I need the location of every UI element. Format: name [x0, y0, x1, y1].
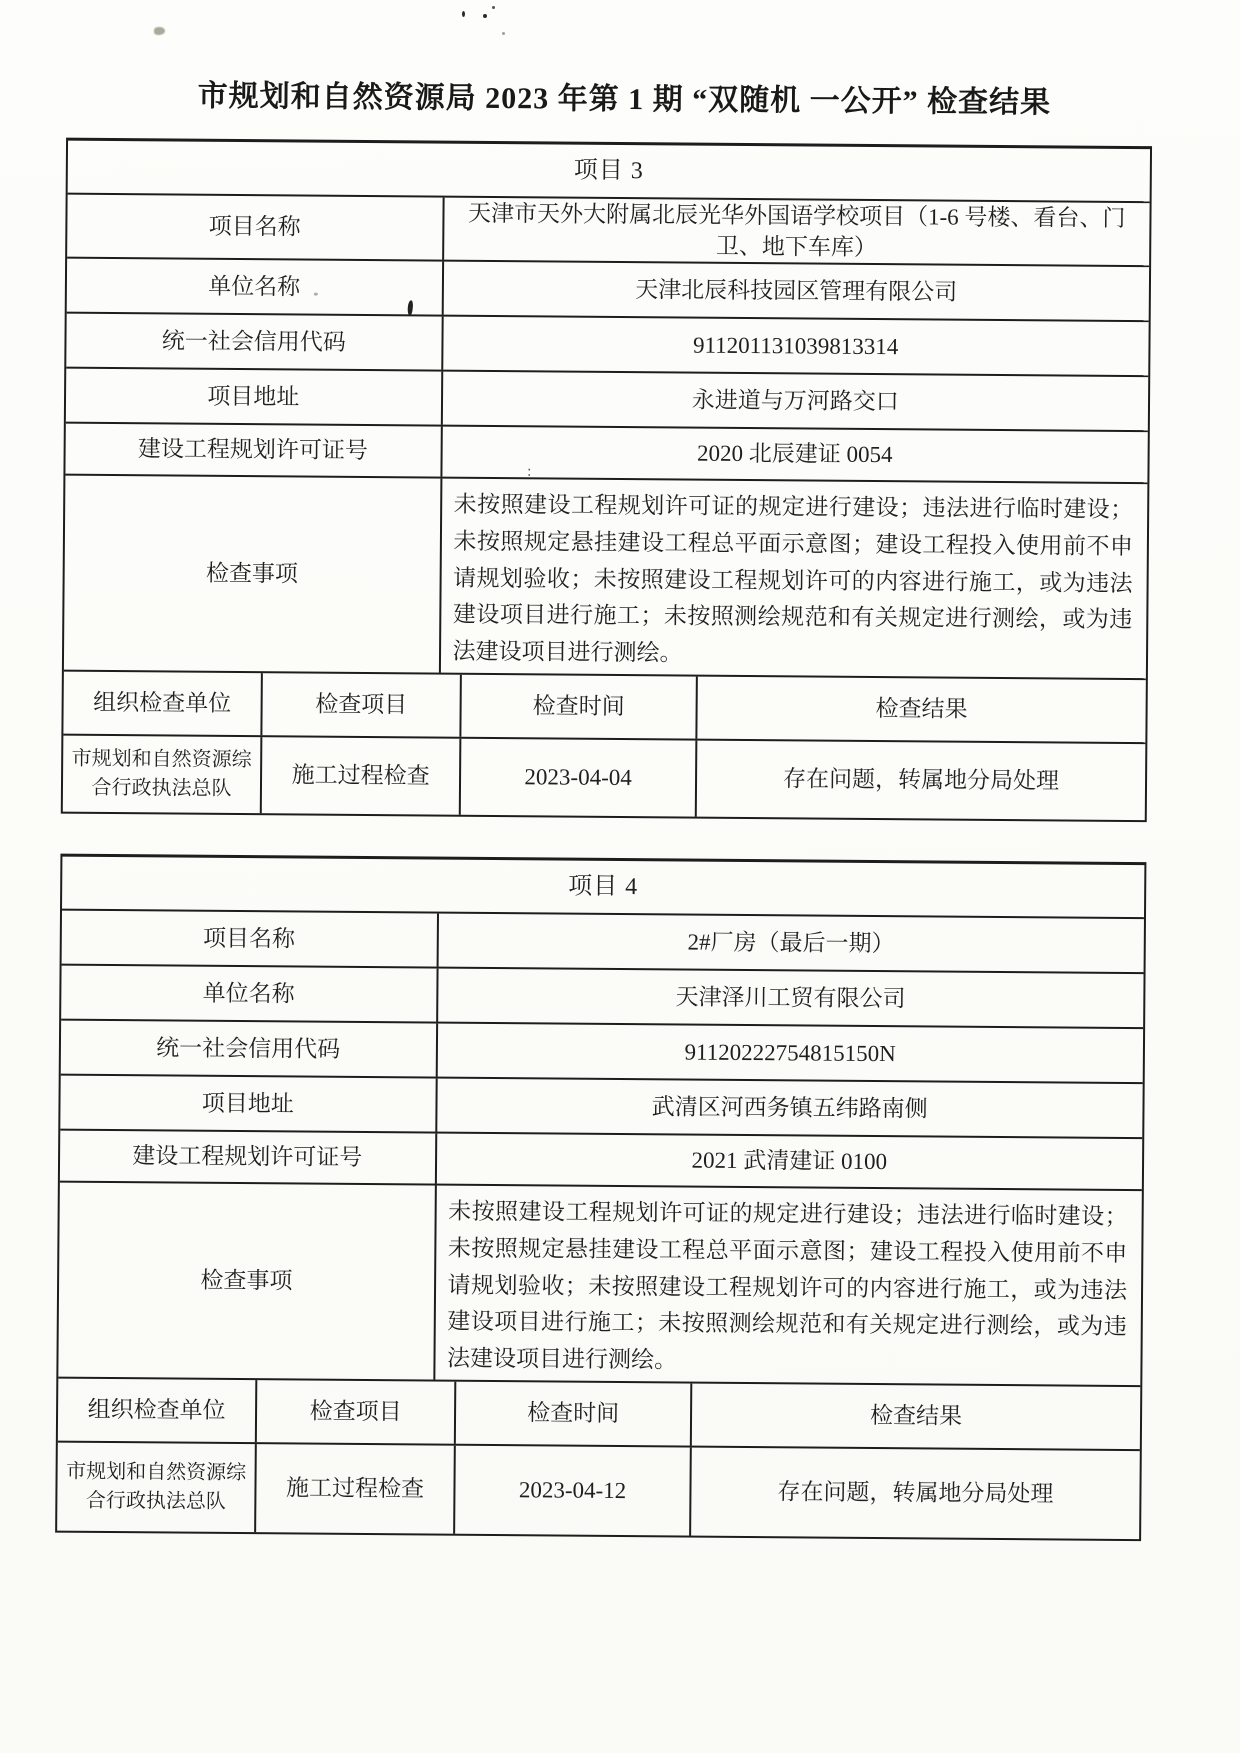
field-value-inspection-items: 未按照建设工程规划许可证的规定进行建设；违法进行临时建设；未按照规定悬挂建设工程…: [440, 479, 1147, 679]
field-label-credit-code: 统一社会信用代码: [66, 314, 443, 370]
check-header-row: 组织检查单位 检查项目 检查时间 检查结果: [58, 1377, 1140, 1449]
field-label-project-name: 项目名称: [62, 911, 439, 967]
table-row: 检查事项 未按照建设工程规划许可证的规定进行建设；违法进行临时建设；未按照规定悬…: [64, 474, 1148, 678]
scan-speck-icon: [502, 32, 505, 35]
field-label-project-name: 项目名称: [67, 195, 444, 260]
check-data-row: 市规划和自然资源综合行政执法总队 施工过程检查 2023-04-04 存在问题，…: [63, 734, 1146, 820]
scan-speck-icon: [483, 14, 487, 18]
field-value-address: 武清区河西务镇五纬路南侧: [437, 1079, 1143, 1138]
check-value-date: 2023-04-12: [455, 1446, 692, 1536]
field-value-unit-name: 天津北辰科技园区管理有限公司: [443, 262, 1149, 321]
field-value-permit-no: 2020 北辰建证 0054: [442, 427, 1148, 483]
scanned-document-sheet: 市规划和自然资源局 2023 年第 1 期 “双随机 一公开” 检查结果 项目 …: [0, 0, 1240, 1753]
table-row: 项目名称 天津市天外大附属北辰光华外国语学校项目（1-6 号楼、看台、门卫、地下…: [67, 193, 1149, 265]
table-row: 项目 4: [62, 857, 1144, 917]
check-header-row: 组织检查单位 检查项目 检查时间 检查结果: [63, 670, 1145, 742]
field-value-project-name: 2#厂房（最后一期）: [438, 914, 1144, 973]
check-header-date: 检查时间: [456, 1382, 692, 1446]
field-value-credit-code: 91120222754815150N: [437, 1024, 1143, 1083]
field-label-permit-no: 建设工程规划许可证号: [60, 1131, 437, 1184]
check-header-org: 组织检查单位: [58, 1379, 258, 1443]
field-label-inspection-items: 检查事项: [64, 476, 442, 673]
field-label-permit-no: 建设工程规划许可证号: [65, 424, 442, 477]
check-header-result: 检查结果: [692, 1384, 1140, 1450]
check-value-item: 施工过程检查: [262, 737, 462, 815]
field-label-unit-name: 单位名称: [67, 259, 444, 315]
table-row: 统一社会信用代码 911201131039813314: [66, 312, 1148, 375]
field-value-project-name: 天津市天外大附属北辰光华外国语学校项目（1-6 号楼、看台、门卫、地下车库）: [444, 198, 1150, 266]
check-header-item: 检查项目: [262, 673, 462, 737]
field-label-credit-code: 统一社会信用代码: [61, 1021, 438, 1077]
check-header-item: 检查项目: [257, 1380, 457, 1444]
check-value-org: 市规划和自然资源综合行政执法总队: [57, 1443, 257, 1533]
check-value-org: 市规划和自然资源综合行政执法总队: [63, 736, 263, 814]
scan-speck-icon: [462, 11, 465, 17]
check-header-date: 检查时间: [462, 675, 698, 739]
check-value-result: 存在问题，转属地分局处理: [697, 741, 1146, 821]
inspection-table-project-3: 项目 3 项目名称 天津市天外大附属北辰光华外国语学校项目（1-6 号楼、看台、…: [61, 138, 1152, 823]
project-title: 项目 3: [68, 141, 1150, 201]
table-row: 检查事项 未按照建设工程规划许可证的规定进行建设；违法进行临时建设；未按照规定悬…: [58, 1181, 1142, 1385]
table-row: 项目名称 2#厂房（最后一期）: [62, 909, 1144, 972]
check-value-date: 2023-04-04: [461, 739, 697, 817]
check-value-result: 存在问题，转属地分局处理: [691, 1448, 1140, 1540]
table-row: 单位名称 天津北辰科技园区管理有限公司: [67, 257, 1149, 320]
check-value-item: 施工过程检查: [256, 1444, 456, 1534]
field-label-address: 项目地址: [60, 1076, 437, 1132]
inspection-table-project-4: 项目 4 项目名称 2#厂房（最后一期） 单位名称 天津泽川工贸有限公司 统一社…: [55, 854, 1146, 1542]
field-label-unit-name: 单位名称: [61, 966, 438, 1022]
scan-speck-icon: [492, 6, 495, 9]
table-row: 建设工程规划许可证号 2021 武清建证 0100: [60, 1129, 1142, 1189]
field-value-inspection-items: 未按照建设工程规划许可证的规定进行建设；违法进行临时建设；未按照规定悬挂建设工程…: [435, 1186, 1142, 1386]
document-content: 市规划和自然资源局 2023 年第 1 期 “双随机 一公开” 检查结果 项目 …: [0, 69, 1240, 1542]
field-value-permit-no: 2021 武清建证 0100: [436, 1134, 1142, 1190]
field-value-unit-name: 天津泽川工贸有限公司: [438, 969, 1144, 1028]
scan-speck-icon: [154, 27, 165, 35]
table-row: 单位名称 天津泽川工贸有限公司: [61, 964, 1143, 1027]
project-title: 项目 4: [62, 857, 1144, 917]
field-value-credit-code: 911201131039813314: [443, 317, 1149, 376]
field-value-address: 永进道与万河路交口: [442, 372, 1148, 431]
page-title: 市规划和自然资源局 2023 年第 1 期 “双随机 一公开” 检查结果: [4, 69, 1240, 123]
field-label-address: 项目地址: [66, 369, 443, 425]
check-header-org: 组织检查单位: [63, 672, 263, 736]
field-label-inspection-items: 检查事项: [58, 1183, 436, 1380]
table-row: 项目地址 武清区河西务镇五纬路南侧: [60, 1074, 1142, 1137]
table-row: 项目 3: [68, 141, 1150, 201]
check-data-row: 市规划和自然资源综合行政执法总队 施工过程检查 2023-04-12 存在问题，…: [57, 1441, 1140, 1539]
check-header-result: 检查结果: [697, 677, 1145, 743]
table-row: 项目地址 永进道与万河路交口: [66, 367, 1148, 430]
table-row: 建设工程规划许可证号 2020 北辰建证 0054: [65, 422, 1147, 482]
table-row: 统一社会信用代码 91120222754815150N: [61, 1019, 1143, 1082]
